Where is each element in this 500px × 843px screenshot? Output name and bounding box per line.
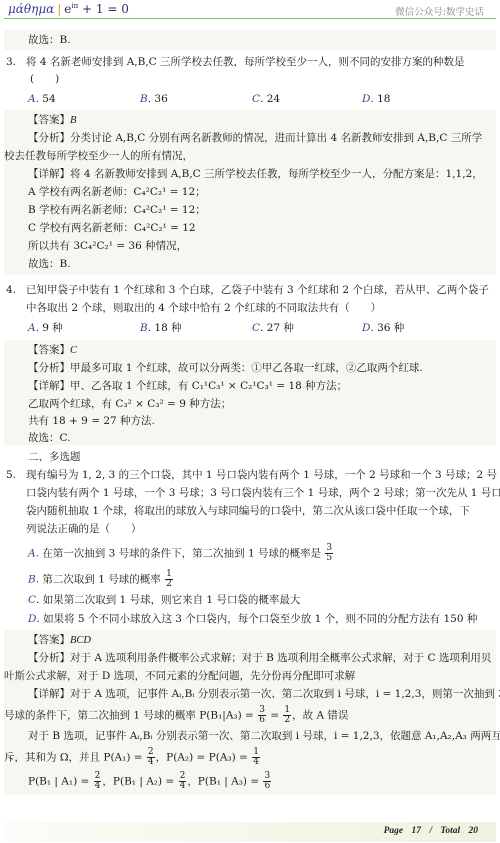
option-b: B. 18 种 (140, 320, 182, 336)
answer: 【答案】BCD (28, 632, 496, 649)
detail-line: B 学校有两名新老师：C₄²C₂¹ = 12； (28, 202, 496, 218)
detail-line: 共有 18 + 9 = 27 种方法. (28, 413, 496, 429)
detail: 【详解】将 4 名新教师安排到 A,B,C 三所学校去任教，每所学校至少一人，分… (28, 166, 496, 182)
conclusion: 故选：C. (28, 430, 496, 446)
answer: 【答案】C (28, 342, 496, 359)
question-stem-cont: 袋内随机抽取 1 个球，将取出的球放入与球同编号的口袋中，第二次从该口袋中任取一… (26, 503, 500, 519)
option-a: A. 在第一次抽到 3 号球的条件下，第二次抽到 1 号球的概率是 35 (28, 544, 500, 563)
option-c: C. 如果第二次取到 1 号球，则它来自 1 号口袋的概率最大 (28, 592, 500, 608)
brand-name: μάθημα (8, 2, 54, 16)
question-number: 3. (6, 54, 16, 70)
option-d: D. 36 种 (362, 320, 404, 336)
page-header: μάθημα|eiπ + 1 = 0 微信公众号:数学史话 (4, 0, 496, 19)
q5-solution-block: 【答案】BCD 【分析】对于 A 选项利用条件概率公式求解；对于 B 选项利用全… (4, 630, 496, 795)
question-paren: ( ) (30, 71, 500, 87)
question-stem: 已知甲袋子中装有 1 个红球和 3 个白球，乙袋子中装有 3 个红球和 2 个白… (26, 282, 489, 298)
analysis: 【分析】分类讨论 A,B,C 分别有两名新教师的情况，进而计算出 4 名新教师安… (28, 130, 496, 146)
brand-logo: μάθημα|eiπ + 1 = 0 (8, 2, 129, 16)
detail-line: A 学校有两名新老师：C₄²C₂¹ = 12； (28, 184, 496, 200)
detail-line: 所以共有 3C₄²C₂¹ = 36 种情况， (28, 238, 496, 254)
option-d: D. 18 (362, 91, 390, 107)
option-b: B. 36 (140, 91, 168, 107)
detail: 【详解】甲、乙各取 1 个红球，有 C₁¹C₃¹ × C₂¹C₃¹ = 18 种… (28, 378, 496, 394)
wechat-account: 微信公众号:数学史话 (395, 4, 484, 18)
option-a: A. 54 (28, 91, 56, 107)
question-number: 5. (6, 467, 16, 483)
detail-line: C 学校有两名新老师：C₄²C₂¹ = 12 (28, 220, 496, 236)
question-stem: 现有编号为 1, 2, 3 的三个口袋，其中 1 号口袋内装有两个 1 号球，一… (26, 467, 497, 483)
prev-answer-block: 故选：B. (4, 30, 496, 50)
option-d: D. 如果将 5 个不同小球放入这 3 个口袋内，每个口袋至少放 1 个，则不同… (28, 611, 500, 627)
page-footer: Page 17 / Total 20 (4, 822, 496, 842)
analysis-cont: 校去任教每所学校至少一人的所有情况， (4, 148, 496, 164)
option-c: C. 24 (252, 91, 280, 107)
section-title: 二、多选题 (28, 449, 500, 465)
detail-line: 对于 B 选项，记事件 Aᵢ,Bᵢ 分别表示第一次、第二次取到 i 号球，i =… (28, 728, 496, 744)
detail-line: 斥，其和为 Ω，并且 P(A₁) = 24，P(A₂) = P(A₃) = 14 (4, 748, 496, 767)
detail-line: 号球的条件下，第二次抽到 1 号球的概率 P(B₁|A₃) = 36 = 12，… (4, 706, 496, 725)
question-stem-cont: 中各取出 2 个球，则取出的 4 个球中恰有 2 个红球的不同取法共有（ ） (26, 300, 500, 316)
fraction: 35 (325, 544, 333, 563)
analysis-cont: 叶斯公式求解，对于 D 选项，不同元素的分配问题，先分份再分配即可求解 (4, 668, 496, 684)
brand-separator: | (57, 2, 61, 16)
detail-line: 乙取两个红球，有 C₃² × C₃² = 9 种方法； (28, 396, 496, 412)
q4-solution-block: 【答案】C 【分析】甲最多可取 1 个红球，故可以分两类：①甲乙各取一红球，②乙… (4, 340, 496, 445)
question-number: 4. (6, 282, 16, 298)
euler-formula: eiπ + 1 = 0 (64, 2, 129, 16)
detail-line: P(B₁ | A₁) = 24，P(B₁ | A₂) = 24，P(B₁ | A… (28, 772, 496, 791)
fraction: 12 (165, 570, 173, 589)
page-indicator: Page 17 / Total 20 (384, 826, 478, 836)
option-a: A. 9 种 (28, 320, 63, 336)
prev-conclusion: 故选：B. (28, 32, 496, 48)
question-stem: 将 4 名新老师安排到 A,B,C 三所学校去任教，每所学校至少一人，则不同的安… (26, 54, 465, 70)
option-c: C. 27 种 (252, 320, 294, 336)
detail: 【详解】对于 A 选项，记事件 Aᵢ,Bᵢ 分别表示第一次、第二次取到 i 号球… (28, 686, 496, 702)
answer: 【答案】B (28, 112, 496, 129)
q3-solution-block: 【答案】B 【分析】分类讨论 A,B,C 分别有两名新教师的情况，进而计算出 4… (4, 110, 496, 275)
question-stem-cont: 口袋内装有两个 1 号球，一个 3 号球；3 号口袋内装有三个 1 号球，两个 … (26, 485, 500, 501)
question-stem-cont: 列说法正确的是（ ） (26, 521, 500, 537)
analysis: 【分析】甲最多可取 1 个红球，故可以分两类：①甲乙各取一红球，②乙取两个红球. (28, 360, 496, 376)
conclusion: 故选：B. (28, 256, 496, 272)
option-b: B. 第二次取到 1 号球的概率 12 (28, 570, 500, 589)
analysis: 【分析】对于 A 选项利用条件概率公式求解；对于 B 选项利用全概率公式求解，对… (28, 650, 496, 666)
